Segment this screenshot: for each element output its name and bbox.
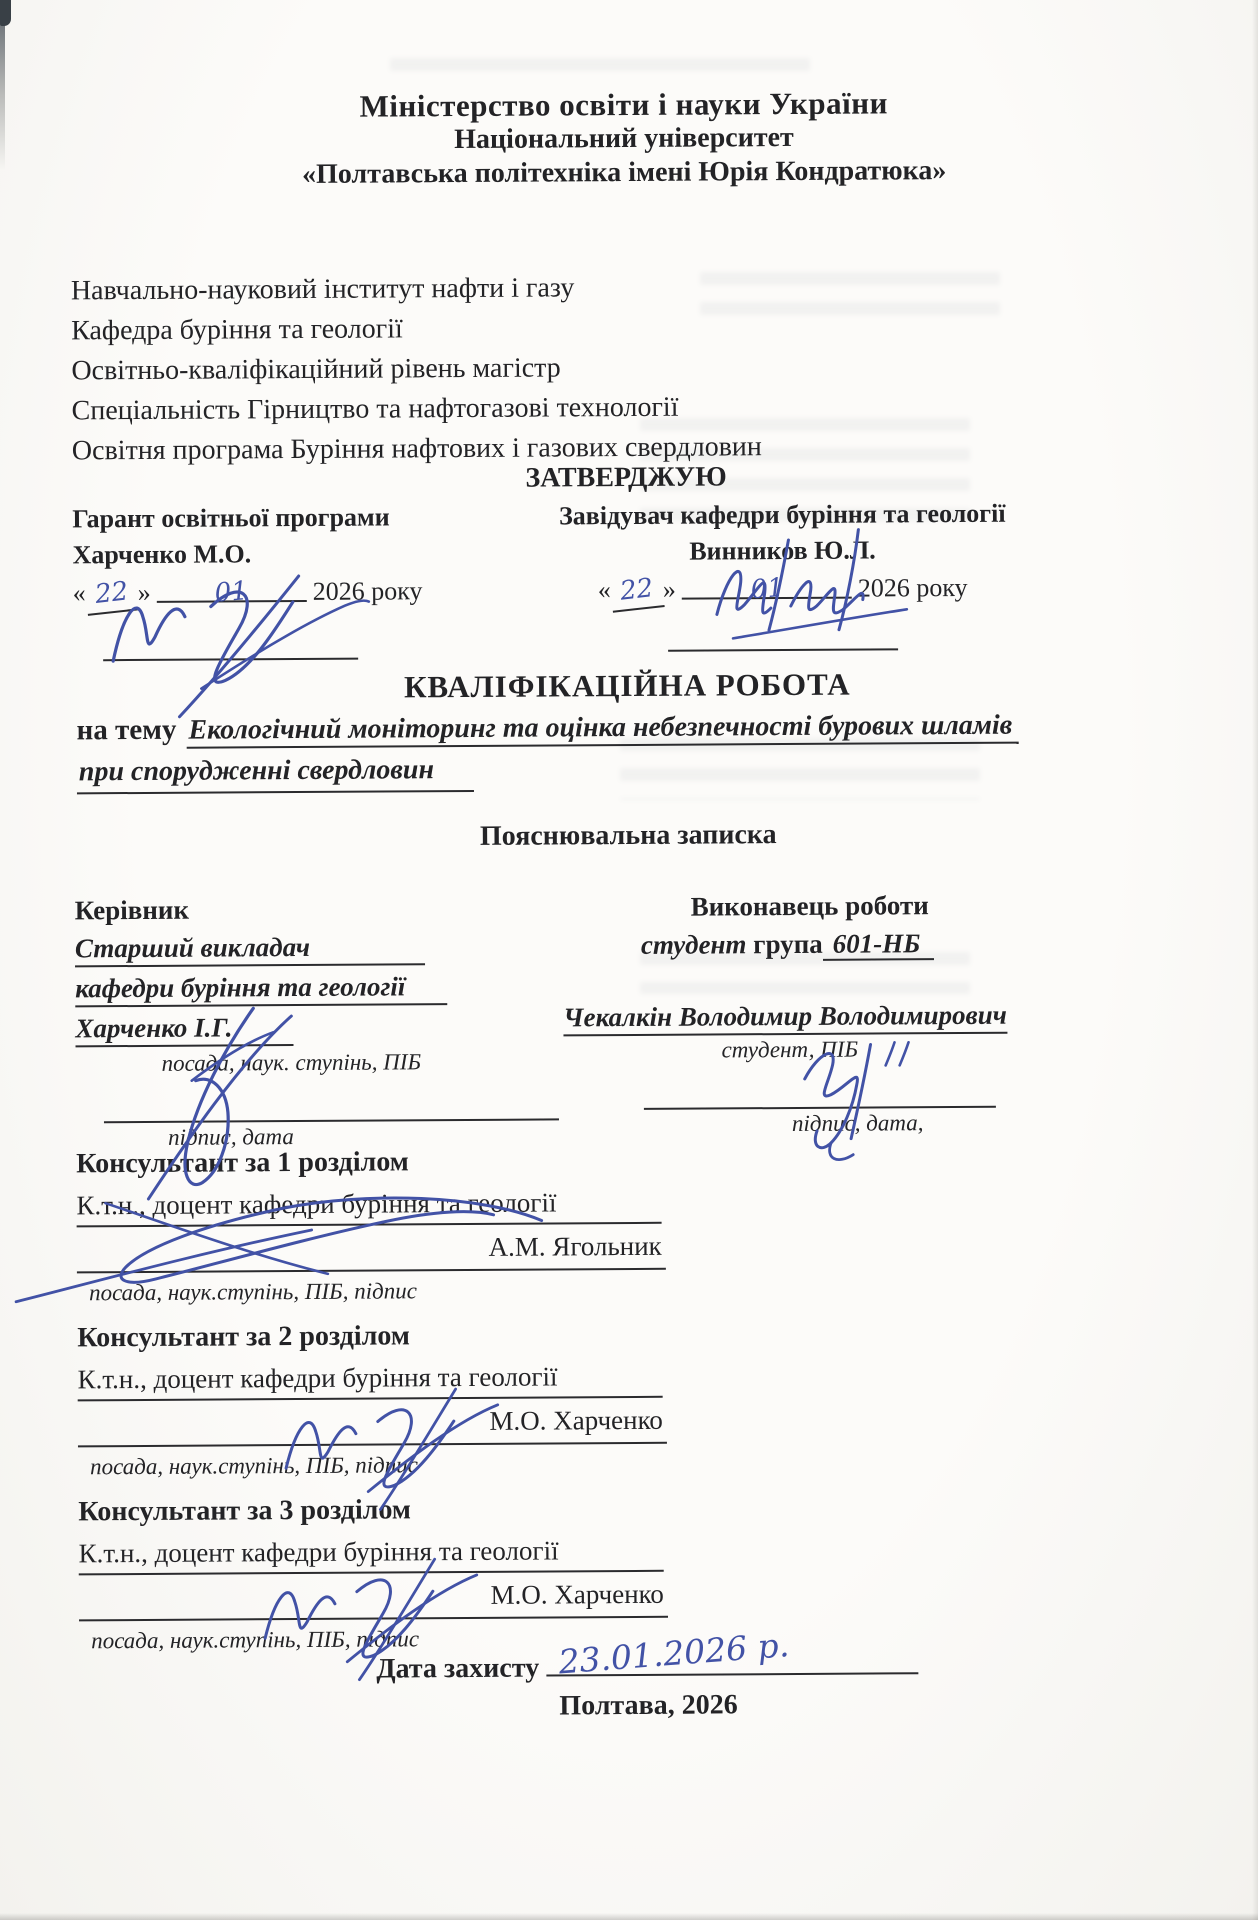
info-line-institute: Навчально-науковий інститут нафти і газу [71, 267, 761, 311]
head-name: Винников Ю.Л. [557, 532, 1007, 571]
info-line-specialty: Спеціальність Гірництво та нафтогазові т… [72, 387, 762, 431]
guarantor-year: 2026 року [313, 576, 423, 606]
executor-student-line: студент група601-НБ [641, 924, 1015, 964]
supervisor-caption-name: посада, наук. ступінь, ПІБ [162, 1046, 551, 1078]
executor-caption-name: студент, ПІБ [721, 1034, 1015, 1066]
info-line-department: Кафедра буріння та геології [71, 307, 761, 351]
consultant-1-heading: Консультант за 1 розділом [76, 1139, 756, 1185]
consultant-1-position: К.т.н., доцент кафедри буріння та геолог… [76, 1182, 661, 1228]
supervisor-name: Харченко І.Г. [75, 1010, 293, 1047]
executor-label: Виконавець роботи [691, 886, 1015, 926]
executor-caption-sign: підпис, дата, [792, 1108, 1016, 1139]
theme-label: на тему [76, 714, 176, 747]
head-date-line: «22»012026 року [558, 570, 1008, 611]
consultant-3-position: К.т.н., доцент кафедри буріння та геолог… [78, 1530, 663, 1576]
document-header: Міністерство освіти і науки України Наці… [0, 84, 1253, 194]
executor-block: Виконавець роботи студент група601-НБ Че… [563, 886, 1017, 1151]
consultant-2-block: Консультант за 2 розділом К.т.н., доцент… [77, 1313, 758, 1487]
head-block: Завідувач кафедри буріння та геології Ви… [557, 496, 1008, 659]
defense-date-blank: 23.01.2026 р. [546, 1644, 918, 1676]
scan-bottom-edge [0, 1913, 1258, 1920]
quote-close: » [138, 578, 151, 607]
consultant-1-caption: посада, наук.ступінь, ПІБ, підпис [77, 1269, 757, 1313]
footer-block: Дата захисту 23.01.2026 р. Полтава, 2026 [4, 1642, 1258, 1726]
head-signature-line [668, 648, 898, 651]
guarantor-block: Гарант освітньої програми Харченко М.О. … [72, 499, 543, 662]
theme-line1: Екологічний моніторинг та оцінка небезпе… [186, 710, 1018, 749]
supervisor-block: Керівник Старший викладач кафедри бурінн… [75, 888, 552, 1153]
university-name-line: «Полтавська політехніка імені Юрія Кондр… [0, 152, 1253, 194]
scanned-title-page: Міністерство освіти і науки України Наці… [0, 0, 1258, 1920]
consultant-2-caption: посада, наук.ступінь, ПІБ, підпис [78, 1443, 758, 1487]
explanatory-note-label: Пояснювальна записка [0, 816, 1257, 856]
head-year: 2026 року [858, 573, 968, 603]
head-day-handwritten: 22 [609, 569, 665, 613]
consultant-3-heading: Консультант за 3 розділом [78, 1487, 758, 1533]
people-row: Керівник Старший викладач кафедри бурінн… [75, 886, 1017, 1154]
student-word: студент [641, 929, 747, 960]
approval-row: Гарант освітньої програми Харченко М.О. … [72, 496, 1008, 662]
theme-line2: при спорудженні свердловин [77, 750, 474, 794]
institute-info: Навчально-науковий інститут нафти і газу… [71, 267, 762, 471]
city-year: Полтава, 2026 [34, 1686, 1258, 1726]
work-type-title: КВАЛІФІКАЦІЙНА РОБОТА [0, 664, 1256, 708]
consultants-section: Консультант за 1 розділом К.т.н., доцент… [76, 1139, 759, 1665]
supervisor-position-1: Старший викладач [75, 929, 425, 967]
supervisor-label: Керівник [75, 888, 550, 929]
quote-close: » [663, 575, 676, 604]
theme-block: на темуЕкологічний моніторинг та оцінка … [76, 705, 1181, 795]
guarantor-month-handwritten: 01 [214, 573, 250, 611]
guarantor-role: Гарант освітньої програми [72, 499, 542, 538]
consultant-1-block: Консультант за 1 розділом К.т.н., доцент… [76, 1139, 757, 1313]
group-value: 601-НБ [823, 928, 935, 961]
consultant-2-heading: Консультант за 2 розділом [77, 1313, 757, 1359]
scan-right-edge [1252, 0, 1258, 1920]
defense-label: Дата захисту [376, 1653, 539, 1685]
info-line-level: Освітньо-кваліфікаційний рівень магістр [71, 347, 761, 391]
defense-date-line: Дата захисту 23.01.2026 р. [376, 1642, 1258, 1685]
guarantor-date-line: «22»012026 року [73, 573, 543, 614]
consultant-2-name: М.О. Харченко [78, 1398, 667, 1448]
executor-name: Чекалкін Володимир Володимирович [563, 998, 1007, 1037]
supervisor-position-2: кафедри буріння та геології [75, 969, 447, 1007]
guarantor-name: Харченко М.О. [72, 535, 542, 574]
scan-corner-mark [0, 0, 11, 26]
consultant-1-name: А.М. Ягольник [77, 1224, 666, 1274]
approve-word: ЗАТВЕРДЖУЮ [0, 458, 1255, 498]
consultant-3-name: М.О. Харченко [79, 1572, 668, 1622]
guarantor-day-handwritten: 22 [84, 572, 140, 616]
consultant-2-position: К.т.н., доцент кафедри буріння та геолог… [77, 1356, 662, 1402]
group-word: група [753, 929, 823, 959]
guarantor-signature-line [103, 658, 358, 662]
head-month-handwritten: 01 [749, 570, 785, 608]
head-role: Завідувач кафедри буріння та геології [557, 496, 1007, 535]
